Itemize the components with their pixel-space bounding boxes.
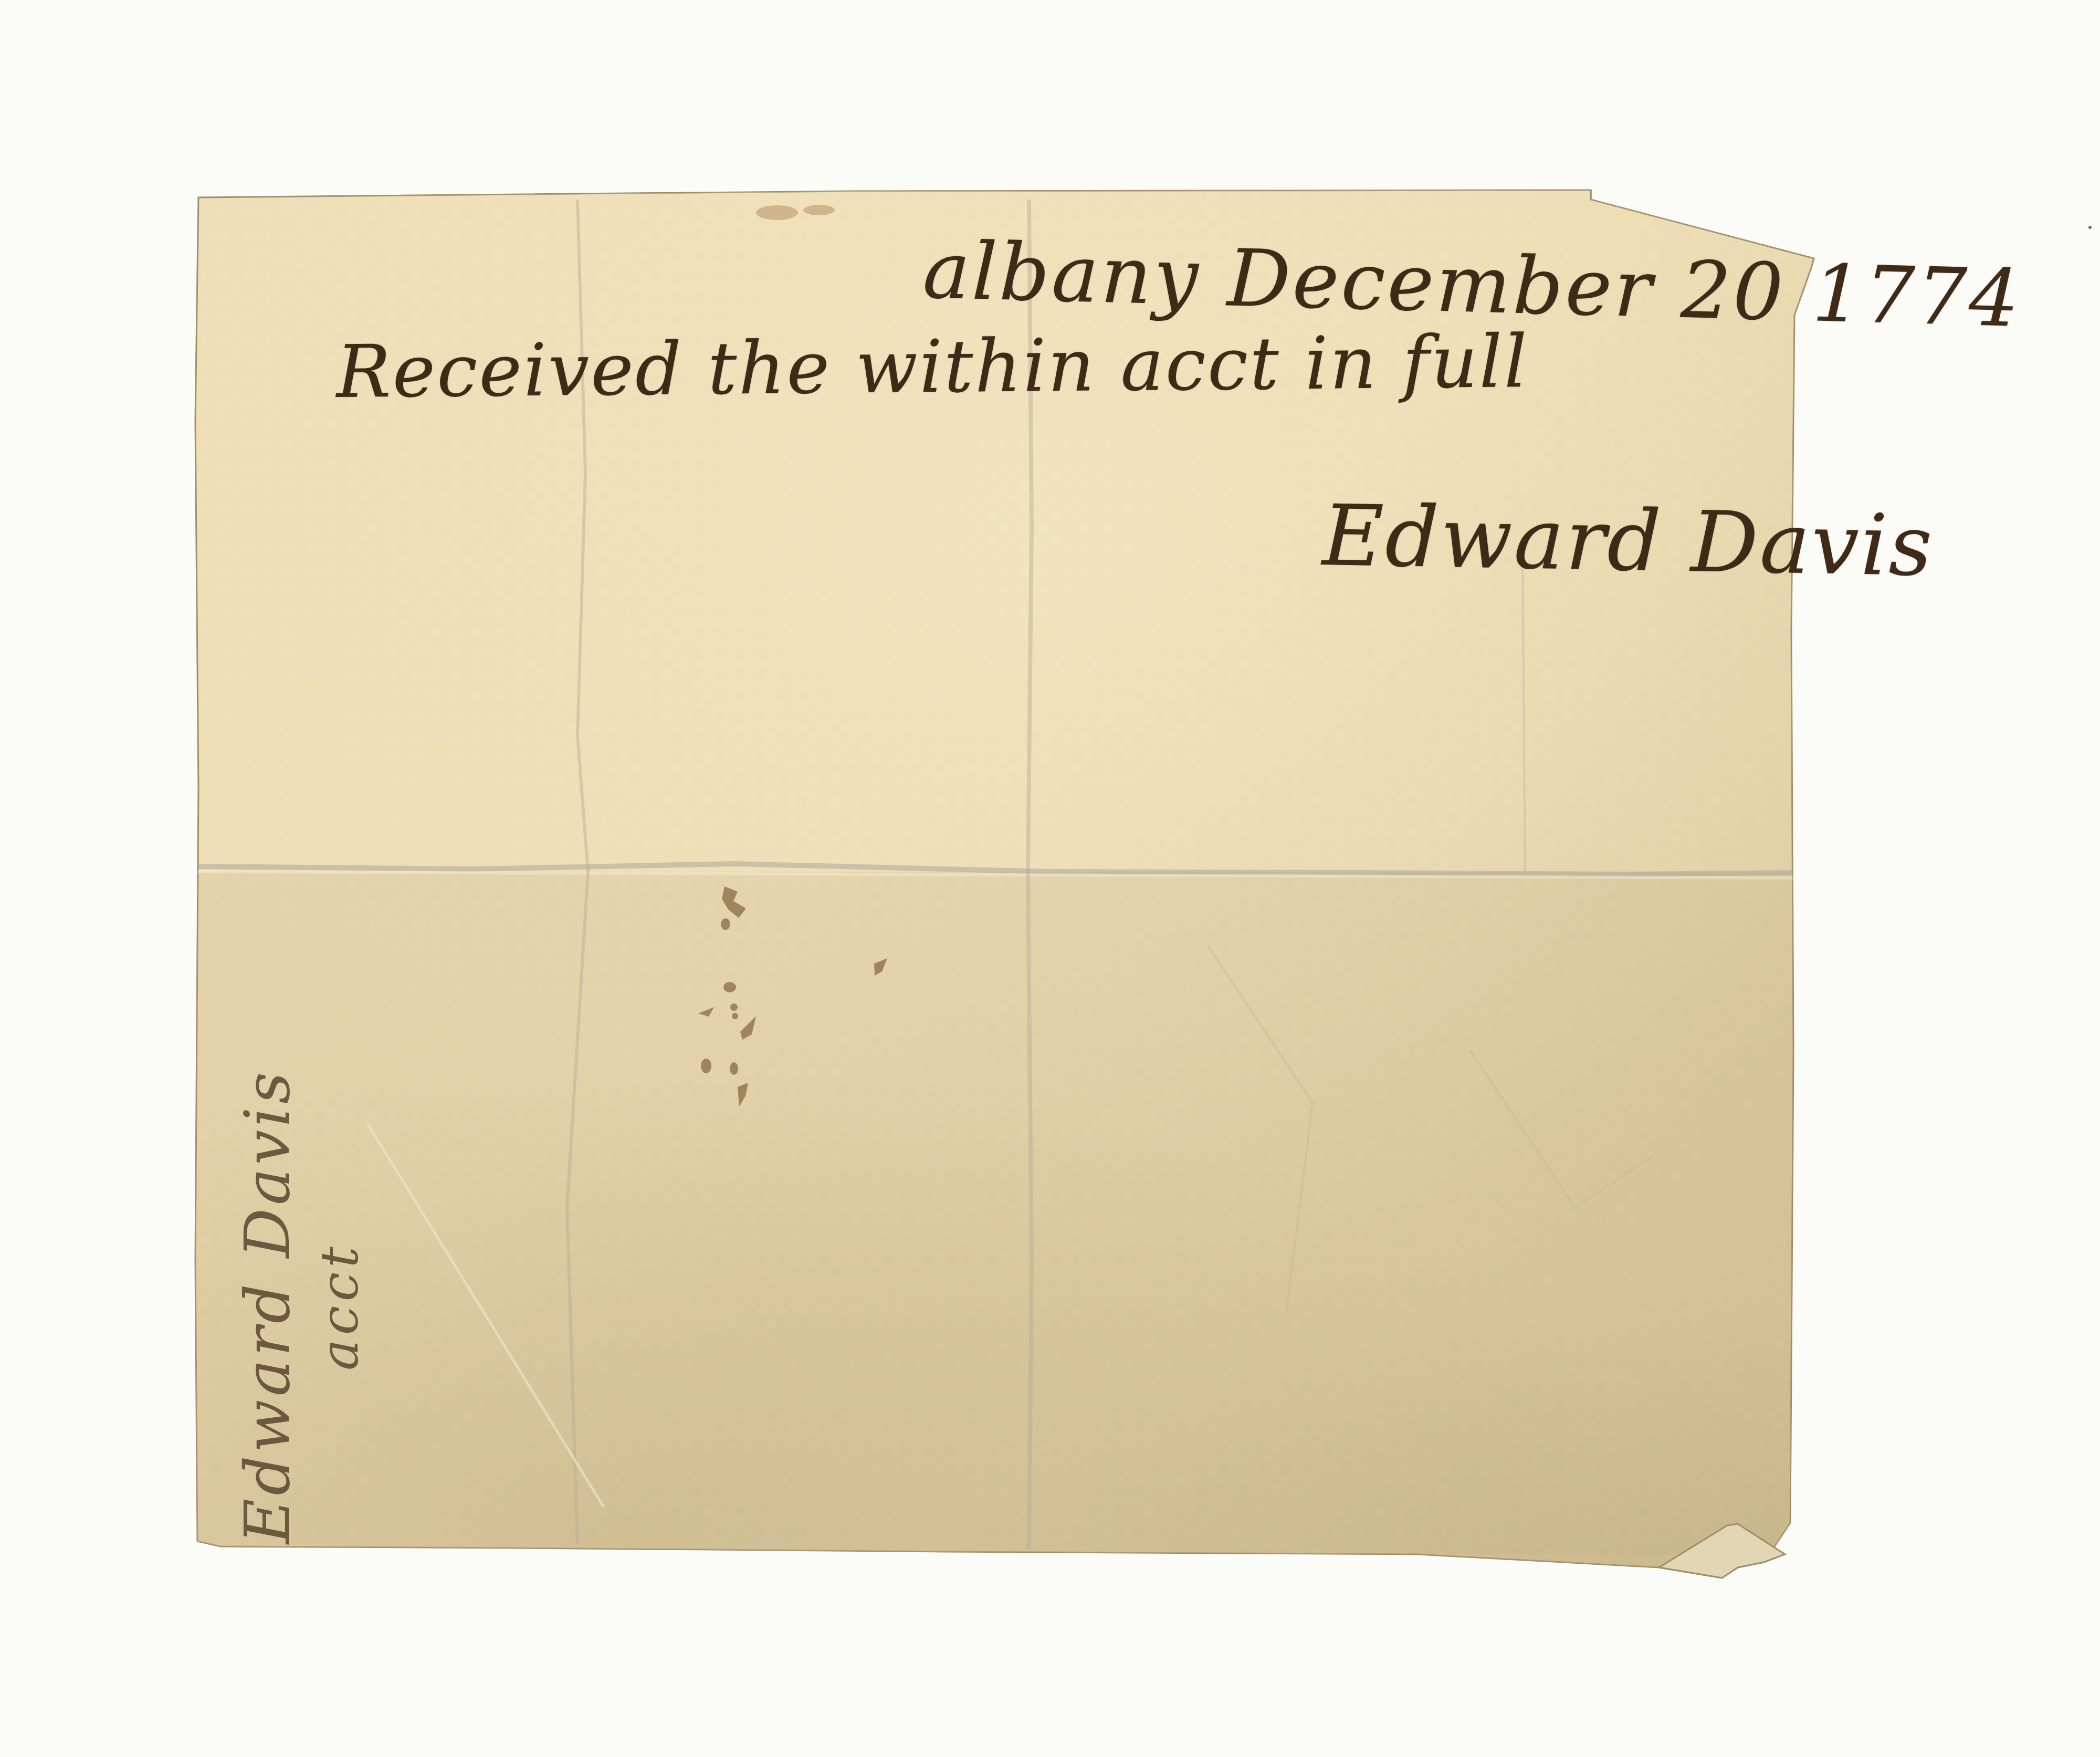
signature: Edward Davis [1321, 494, 1934, 588]
scan-dust-mark [2088, 226, 2092, 229]
docket-name: Edward Davis [231, 1069, 303, 1544]
docket-sub: acct [309, 1069, 370, 1371]
receipt-body-text: Received the within acct in full [336, 326, 1529, 409]
docket-note: Edward Davis acct [231, 1069, 370, 1544]
